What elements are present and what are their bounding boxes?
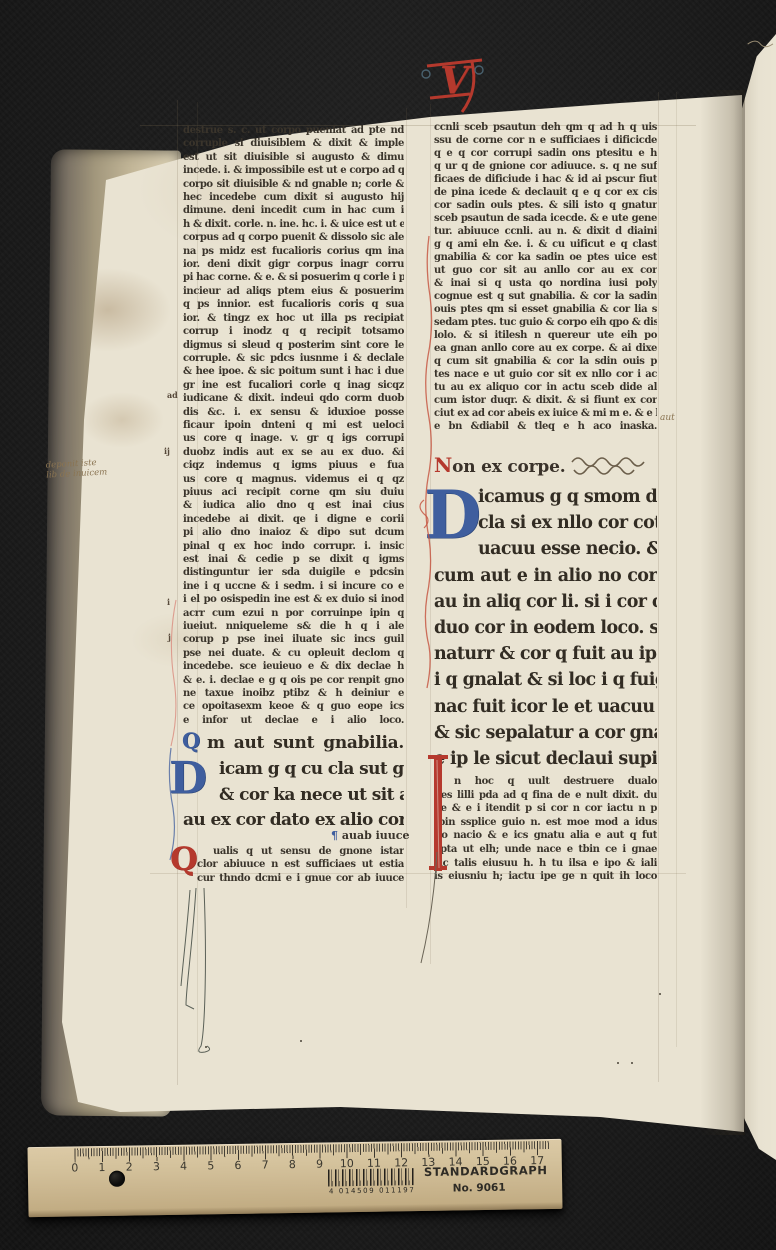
text-line: gnabilia & cor ka sadin oe ptes uice est <box>434 251 657 264</box>
paraph-mark: ¶ <box>331 829 338 842</box>
text-line: sceb psautun de sada icecde. & e ute gen… <box>434 212 657 225</box>
prick-dot <box>617 1062 619 1064</box>
margin-note-left: deponit iste lib de inuicem <box>46 458 108 480</box>
text-line: pi alio dno inaioz & dipo sut dcum <box>183 526 404 539</box>
text-line: corpo sit diuisible & nd gnable n; corle… <box>183 178 404 191</box>
text-line: g q ami eln &e. i. & cu uificut e q clas… <box>434 238 657 251</box>
text-column-left: destrue s. c. ut corpo pueniat ad pte nd… <box>183 124 404 894</box>
text-line: dis &c. i. ex sensu & iduxioe posse <box>183 406 404 419</box>
text-line: ccnli sceb psautun deh qm q ad h q uis <box>434 121 657 134</box>
text-line: n hoc q uult destruere dualo <box>434 775 657 789</box>
commentary-block-2: ualis q ut sensu de gnone istarclor abiu… <box>197 845 404 885</box>
text-line: hec incedebe cum dixit si augusto hij <box>183 191 404 204</box>
text-line: cum istor duqr. & dixit. & si fiunt ex c… <box>434 394 657 407</box>
text-line: uacuu esse necio. & ei gna <box>434 536 657 562</box>
text-line: & sic sepalatur a cor gnato q <box>434 720 657 746</box>
text-line: digmus si sleud q posterim sint core le <box>183 339 404 352</box>
text-line: & hee ipoe. & sic poitum sunt i hac i du… <box>183 365 404 378</box>
text-line: acrr cum ezui n por corruinpe ipin q <box>183 607 404 620</box>
text-line: au in aliq cor li. si i cor ciut <box>434 589 657 615</box>
text-line: icamus g q smom dnt <box>434 484 657 510</box>
prick-dot <box>659 993 661 995</box>
rubric-line: Non ex corpe. <box>434 453 565 477</box>
text-line: ualis q ut sensu de gnone istar <box>197 845 404 858</box>
text-line: clor abiuuce n est sufficiaes ut estia <box>197 858 404 871</box>
text-line: ne taxue inoibz ptibz & h deiniur e <box>183 687 404 700</box>
ink-speck <box>205 1046 207 1048</box>
text-line: corruple. & sic pdcs iusnme i & declale <box>183 352 404 365</box>
text-line: de pina icede & declauit q e q cor ex ci… <box>434 186 657 199</box>
text-line: dimune. deni incedit cum in hac cum i <box>183 204 404 217</box>
text-line: nac fuit icor le et uacuu nec <box>434 694 657 720</box>
text-line: & cor ka nece ut sit au a nllo cor <box>183 783 404 809</box>
ruler-barcode <box>328 1168 414 1186</box>
ruler: 01234567891011121314151617 4 014509 0111… <box>27 1139 562 1217</box>
ruler-number: 5 <box>201 1159 221 1172</box>
ruling-line <box>676 92 677 1047</box>
text-line: ce opoitasexm keoe & q guo eope ics <box>183 700 404 713</box>
text-line: ut guo cor sit au anllo cor au ex cor <box>434 264 657 277</box>
text-line: & iudica alio dno q est inai cius <box>183 499 404 512</box>
ruler-number: 0 <box>65 1161 85 1174</box>
ruling-line <box>177 100 178 1085</box>
ruler-number: 4 <box>173 1160 193 1173</box>
text-line: icam g q cu cla sut gua lia <box>183 757 404 783</box>
text-line: corup p pse inei iluate sic incs guil <box>183 633 404 646</box>
text-line: iudicane & dixit. indeui qdo corm duob <box>183 392 404 405</box>
ruler-barcode-digits: 4 014509 011197 <box>324 1186 420 1196</box>
text-line: ciqz indemus q igms piuus e fua <box>183 459 404 472</box>
ruler-number: 7 <box>255 1158 275 1171</box>
text-line: ge & e i itendit p si cor n cor iactu n … <box>434 802 657 816</box>
commentary-block-2: n hoc q uult destruere dualones lilli pd… <box>434 775 657 884</box>
text-line: piuus aci recipit corne qm siu duiu <box>183 486 404 499</box>
text-line: q cum sit gnabilia & cor la sdin ouis p <box>434 355 657 368</box>
text-line: h & dixit. corle. n. ine. hc. i. & uice … <box>183 218 404 231</box>
text-line: ficaes de dificiude i hac & id ai pscur … <box>434 173 657 186</box>
ruling-line <box>406 108 407 908</box>
text-line: cur thndo dcmi e i gnue cor ab iuuce <box>197 872 404 885</box>
text-line: iueiut. nniqueleme s& die h q i ale <box>183 620 404 633</box>
text-line: us core q magnus. videmus ei q qz <box>183 473 404 486</box>
textus-block: icamus g q smom dntcla si ex nllo cor co… <box>434 484 657 772</box>
text-line: corrup i inodz q q recipit totsamo <box>183 325 404 338</box>
text-line: cla si ex nllo cor cotingz dse <box>434 510 657 536</box>
heading-line: m aut sunt gnabilia. <box>183 731 404 755</box>
commentary-block: ccnli sceb psautun deh qm q ad h q uisss… <box>434 121 657 433</box>
text-line: q e q cor corrupi sadin ons ptesitu e h <box>434 147 657 160</box>
textus-block: icam g q cu cla sut gua lia& cor ka nece… <box>183 757 404 834</box>
rubric-text: on ex corpe. <box>452 457 565 477</box>
ruler-number: 3 <box>146 1160 166 1173</box>
text-line: flo nacio & e ics gnatu alia e aut q fut <box>434 829 657 843</box>
quire-numeral-letter: V <box>440 58 469 102</box>
text-line: cor sadin ouls ptes. & sili isto q gnatu… <box>434 199 657 212</box>
photograph-of-manuscript: { "manuscript": { "quire_numeral": "V", … <box>0 0 776 1250</box>
text-line: & e. i. declae e g q ois pe cor renpit g… <box>183 674 404 687</box>
text-line: est ut sit diuisible si augusto & dimu <box>183 151 404 164</box>
ruler-number: 1 <box>92 1161 112 1174</box>
ruler-number: 9 <box>309 1157 329 1170</box>
text-line: q ps innior. est fucalioris coris q sua <box>183 298 404 311</box>
margin-mark: j <box>168 632 171 642</box>
text-line: ior. & tingz ex hoc ut illa ps recipiat <box>183 312 404 325</box>
ruler-brand: STANDARDGRAPH <box>424 1163 534 1179</box>
text-line: us core q inage. v. gr q igs corrupi <box>183 432 404 445</box>
text-line: e bn &diabil & tleq e h aco inaska. <box>434 420 657 433</box>
commentary-block: destrue s. c. ut corpo pueniat ad pte nd… <box>183 124 404 727</box>
text-line: ficaur ipoin dnteni q mi est ueloci <box>183 419 404 432</box>
text-line: pinal q ex hoc indo corrupr. i. insic <box>183 540 404 553</box>
text-line: pse nei duate. & cu opleuit declom q <box>183 647 404 660</box>
prick-dot <box>300 1040 302 1042</box>
rubric-initial-red: N <box>434 453 452 477</box>
text-line: est inai & cedie p se dixit q igms <box>183 553 404 566</box>
text-line: lolo. & si itilesh n quereur ute eih po <box>434 329 657 342</box>
text-line: corpus ad q corpo puenit & dissolo sic a… <box>183 231 404 244</box>
text-line: q ur q de gnione cor adiuuce. s. q ne su… <box>434 160 657 173</box>
text-line: ine i q uccne & i sedm. i si incure co e <box>183 580 404 593</box>
text-line: cum aut e in alio no cor <box>434 563 657 589</box>
margin-mark: i <box>167 597 170 607</box>
text-line: e ip le sicut declaui supius. <box>434 746 657 772</box>
text-line: incieur ad aliqs ptem eius & posuerim <box>183 285 404 298</box>
ruling-line <box>658 92 659 1082</box>
ruler-number: 8 <box>282 1158 302 1171</box>
text-line: tes nace e ut guio cor sit ex nllo cor i… <box>434 368 657 381</box>
paraph-note: ¶ auab iuuce <box>331 829 410 842</box>
text-line: e infor ut declae e i alio loco. <box>183 714 404 727</box>
ruler-model-number: No. 9061 <box>424 1181 534 1195</box>
text-line: incede. i. & impossibile est ut e corpo … <box>183 164 404 177</box>
text-line: sedam ptes. tuc guio & corpo eih qpo & d… <box>434 316 657 329</box>
text-line: incedebe. sce ieuieuo e & dix declae h <box>183 660 404 673</box>
text-line: distinguntur ier sda duigile e pdcsin <box>183 566 404 579</box>
text-line: duo cor in eodem loco. s. cor ge <box>434 615 657 641</box>
text-line: ouis ptes qm si esset gnabilia & cor lia… <box>434 303 657 316</box>
text-line: naturr & cor q fuit au ipm <box>434 641 657 667</box>
text-line: gr ine est fucaliori corle q inag sicqz <box>183 379 404 392</box>
text-line: cognue est q sut gnabilia. & cor la sadi… <box>434 290 657 303</box>
ruler-hole <box>109 1171 125 1187</box>
initial-q-red: Q <box>170 840 198 878</box>
text-line: nes lilli pda ad q fina de e nult dixit.… <box>434 789 657 803</box>
text-line: & inai si q usta qo nordina iusi poly <box>434 277 657 290</box>
text-line: ciut ex ad cor abeis ex iuice & mi m e. … <box>434 407 657 420</box>
gutter-shadow <box>700 90 745 1135</box>
text-line: corruple si diuisiblem & dixit & imple <box>183 137 404 150</box>
ruler-number: 6 <box>228 1159 248 1172</box>
prick-dot <box>631 1062 633 1064</box>
text-line: ior. deni dixit gigr corpus inagr corru <box>183 258 404 271</box>
text-line: is eiusniu h; iactu ipe ge n quit ih loc… <box>434 870 657 884</box>
paraph-text: auab iuuce <box>342 829 410 842</box>
text-line: ssu de corne cor n e sufficiaes i difici… <box>434 134 657 147</box>
text-line: i el po osispedin ine est & ex duio si i… <box>183 593 404 606</box>
text-line: i q gnalat & si loc i q fuig <box>434 667 657 693</box>
text-line: na ps midz est fucalioris corius qm ina <box>183 245 404 258</box>
text-line: pi hac corne. & e. & si posuerim q corle… <box>183 271 404 284</box>
text-line: duobz indis aut ex se au ex duo. &i <box>183 446 404 459</box>
text-column-right: ccnli sceb psautun deh qm q ad h q uisss… <box>434 121 657 896</box>
margin-mark: ad <box>167 390 178 400</box>
text-line: apta ut elh; unde nace e tbin ce i gnae <box>434 843 657 857</box>
text-line: tur. abiuuce ccnli. au n. & dixit d diai… <box>434 225 657 238</box>
margin-mark: ij <box>164 446 170 456</box>
margin-note-right: aut <box>660 414 675 424</box>
quire-numeral: V <box>422 56 492 112</box>
text-line: destrue s. c. ut corpo pueniat ad pte nd <box>183 124 404 137</box>
text-line: tu au ex aliquo cor in actu sceb dide al <box>434 381 657 394</box>
text-line: incedebe ai dixit. qe i digne e corii <box>183 513 404 526</box>
text-line: ea gnan anllo core au ex corpe. & ai dix… <box>434 342 657 355</box>
text-line: tbin ssplice guio n. est moe mod a idus <box>434 816 657 830</box>
text-line: sic talis eiusuu h. h tu ilsa e ipo & ia… <box>434 857 657 871</box>
